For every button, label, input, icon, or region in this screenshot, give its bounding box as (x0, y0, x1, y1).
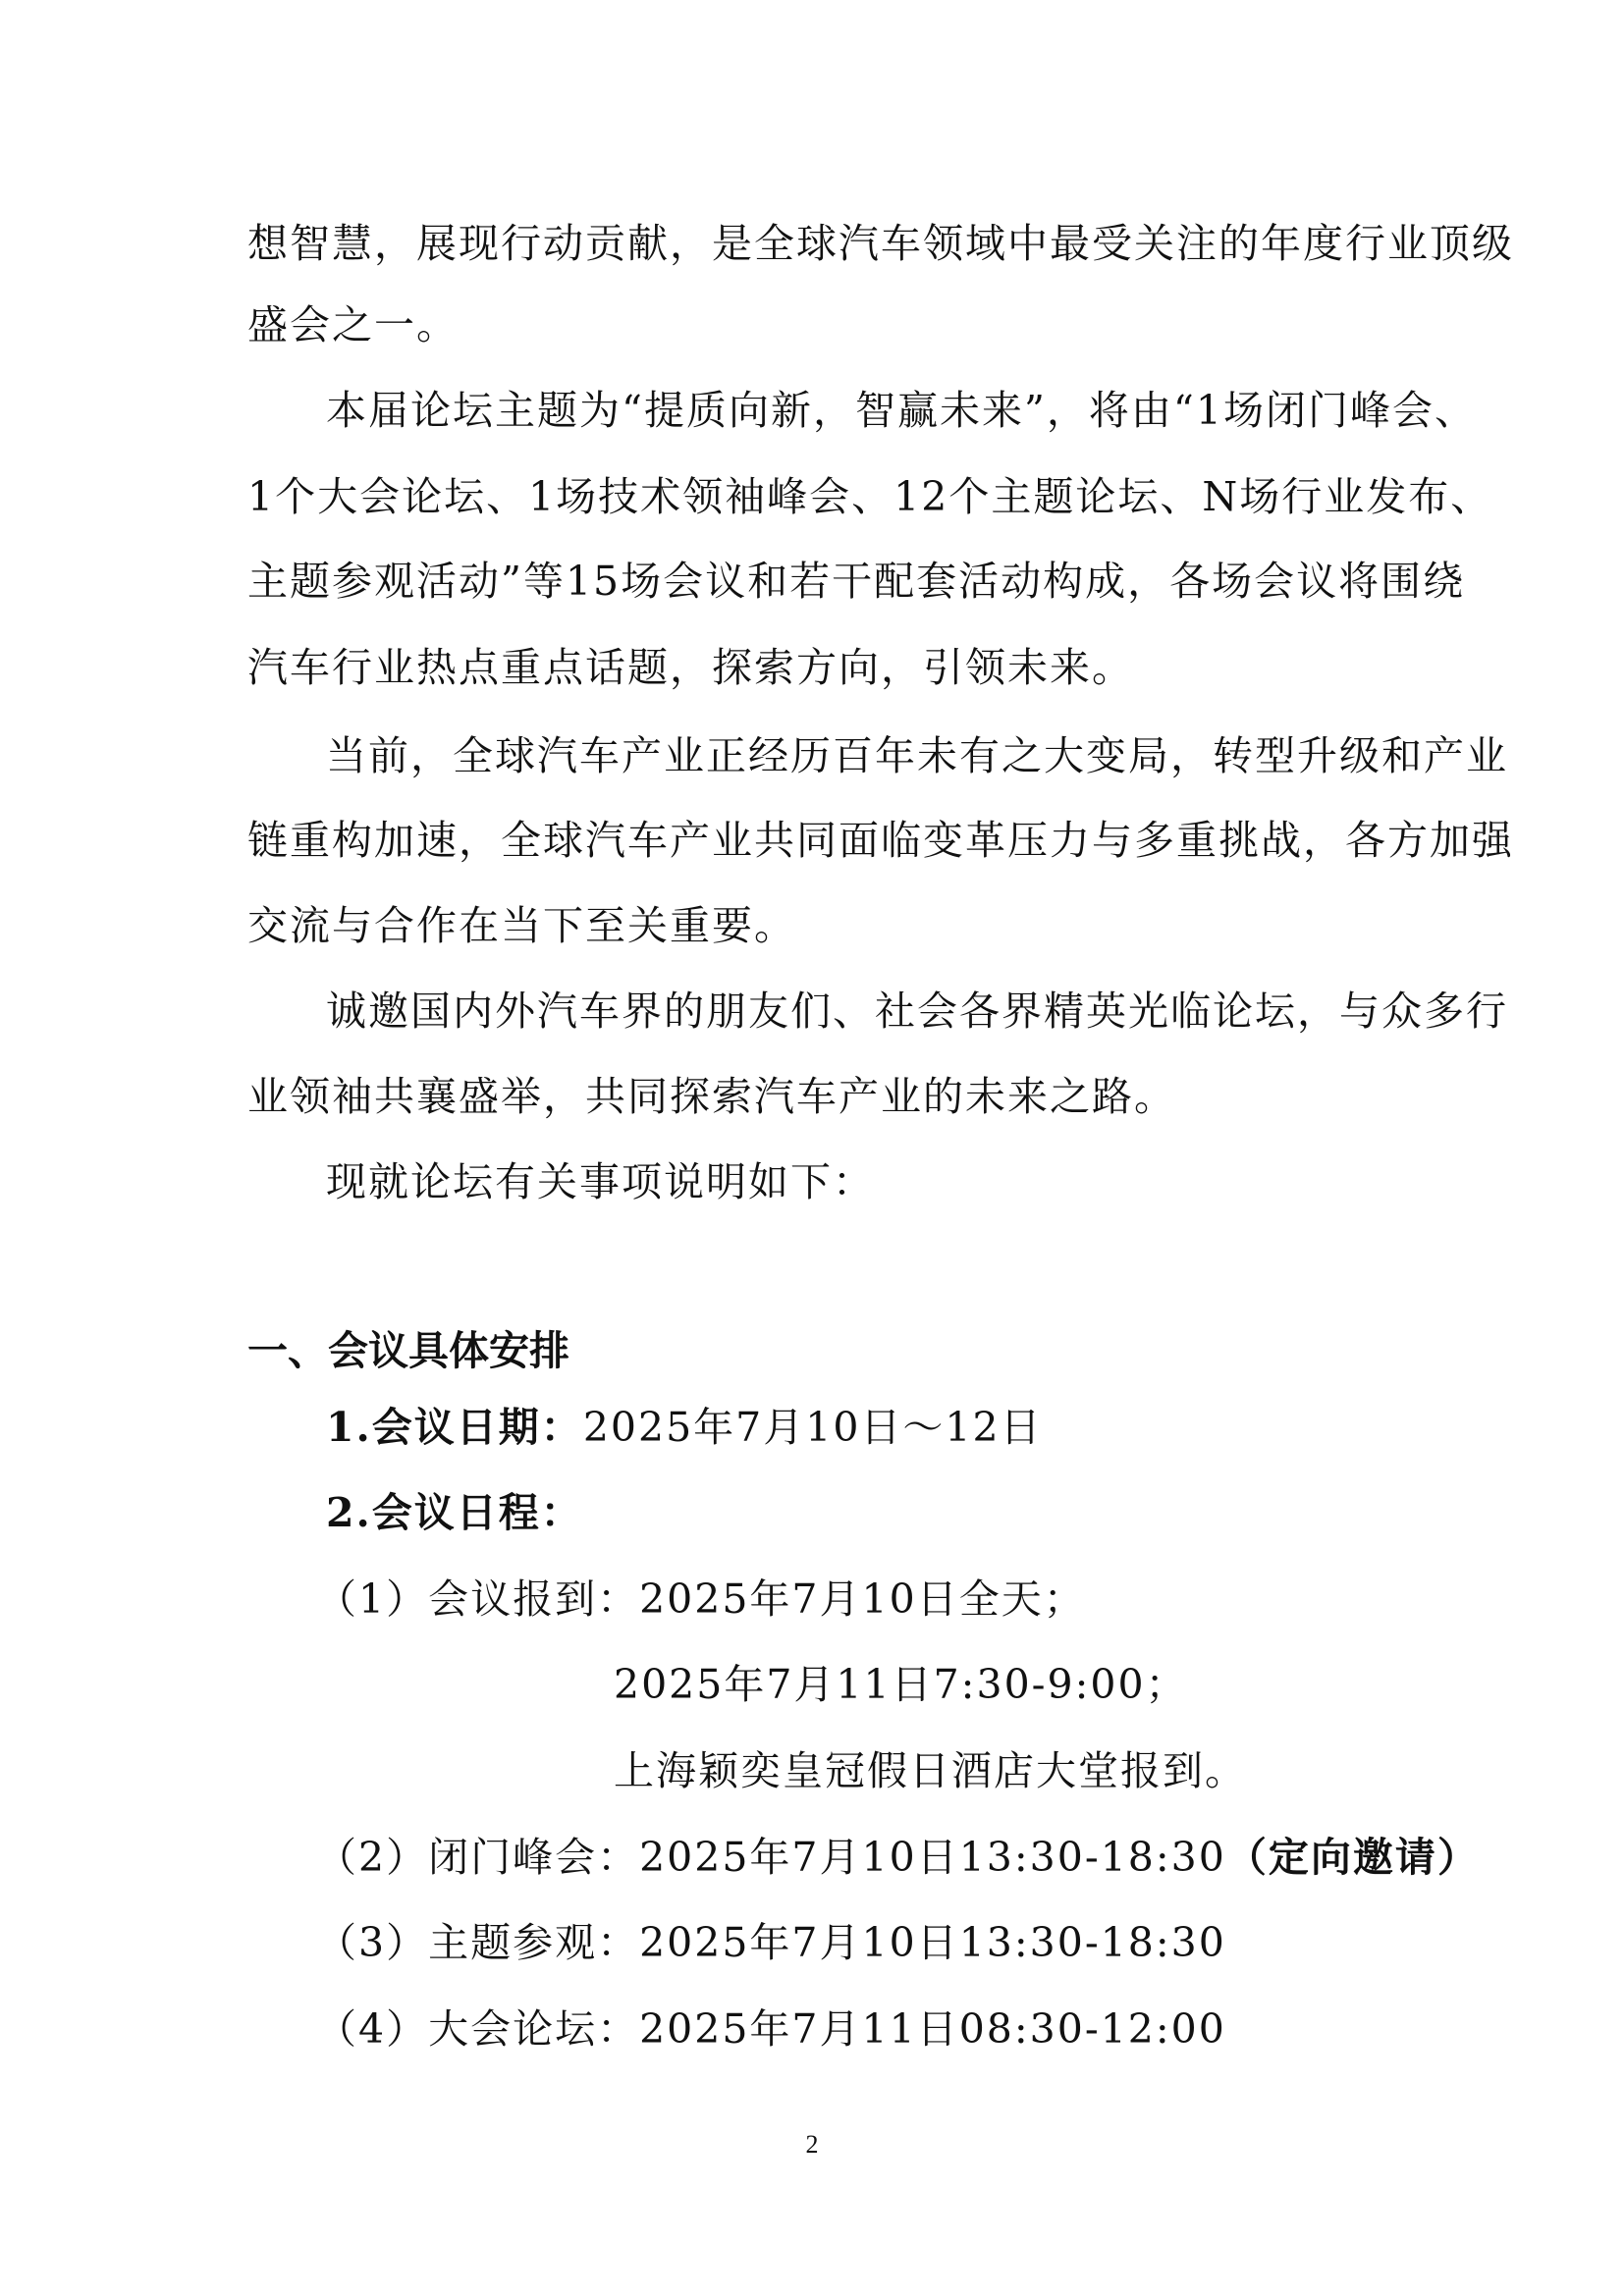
paragraph-line: 盛会之一。 (247, 299, 1386, 350)
schedule-item-note: （定向邀请） (1226, 1834, 1480, 1881)
meeting-date: 1.会议日期：2025年7月10日～12日 (326, 1402, 1043, 1453)
schedule-item-continuation: 2025年7月11日7:30-9:00； (614, 1659, 1188, 1710)
schedule-item-name: 闭门峰会： (428, 1834, 639, 1881)
paragraph-line: 现就论坛有关事项说明如下： (326, 1156, 875, 1207)
schedule-item-value: 2025年7月11日08:30-12:00 (639, 2005, 1226, 2053)
schedule-item-number: （2） (316, 1834, 428, 1881)
section-heading: 一、会议具体安排 (247, 1325, 569, 1376)
schedule-item-value: 2025年7月10日13:30-18:30 (639, 1834, 1226, 1881)
schedule-item-continuation: 上海颖奕皇冠假日酒店大堂报到。 (614, 1745, 1247, 1796)
schedule-item-registration: （1）会议报到：2025年7月10日全天； (316, 1574, 1086, 1625)
schedule-item-closed-summit: （2）闭门峰会：2025年7月10日13:30-18:30（定向邀请） (316, 1832, 1480, 1883)
paragraph-text: 当前，全球汽车产业正经历百年未有之大变局，转型升级和产业 (326, 730, 1386, 781)
schedule-item-name: 会议报到： (428, 1575, 639, 1623)
schedule-item-number: （4） (316, 2005, 428, 2053)
paragraph-line: 想智慧，展现行动贡献，是全球汽车领域中最受关注的年度行业顶级 (247, 218, 1386, 269)
paragraph-text: 本届论坛主题为“提质向新，智赢未来”，将由“1场闭门峰会、 (326, 385, 1386, 436)
paragraph-line: 主题参观活动”等15场会议和若干配套活动构成，各场会议将围绕 (247, 556, 1386, 607)
paragraph-line: 交流与合作在当下至关重要。 (247, 900, 1386, 951)
paragraph-text: 诚邀国内外汽车界的朋友们、社会各界精英光临论坛，与众多行 (326, 986, 1386, 1037)
schedule-item-main-forum: （4）大会论坛：2025年7月11日08:30-12:00 (316, 2003, 1226, 2055)
schedule-item-number: （3） (316, 1919, 428, 1966)
paragraph-line: 业领袖共襄盛举，共同探索汽车产业的未来之路。 (247, 1071, 1386, 1122)
schedule-item-value: 2025年7月10日全天； (639, 1575, 1086, 1623)
meeting-schedule-label: 2.会议日程： (326, 1487, 583, 1538)
schedule-item-theme-visit: （3）主题参观：2025年7月10日13:30-18:30 (316, 1917, 1226, 1968)
paragraph-line: 1个大会论坛、1场技术领袖峰会、12个主题论坛、N场行业发布、 (247, 471, 1386, 522)
paragraph-line: 当前，全球汽车产业正经历百年未有之大变局，转型升级和产业 (326, 730, 1386, 781)
schedule-item-name: 主题参观： (428, 1919, 639, 1966)
paragraph-line: 诚邀国内外汽车界的朋友们、社会各界精英光临论坛，与众多行 (326, 986, 1386, 1037)
page-number: 2 (0, 2130, 1624, 2160)
meeting-date-value: 2025年7月10日～12日 (583, 1404, 1043, 1451)
paragraph-line: 链重构加速，全球汽车产业共同面临变革压力与多重挑战，各方加强 (247, 815, 1386, 866)
paragraph-line: 本届论坛主题为“提质向新，智赢未来”，将由“1场闭门峰会、 (326, 385, 1386, 436)
schedule-item-number: （1） (316, 1575, 428, 1623)
paragraph-line: 汽车行业热点重点话题，探索方向，引领未来。 (247, 642, 1386, 693)
schedule-item-name: 大会论坛： (428, 2005, 639, 2053)
schedule-item-value: 2025年7月10日13:30-18:30 (639, 1919, 1226, 1966)
meeting-date-label: 1.会议日期： (326, 1404, 583, 1451)
